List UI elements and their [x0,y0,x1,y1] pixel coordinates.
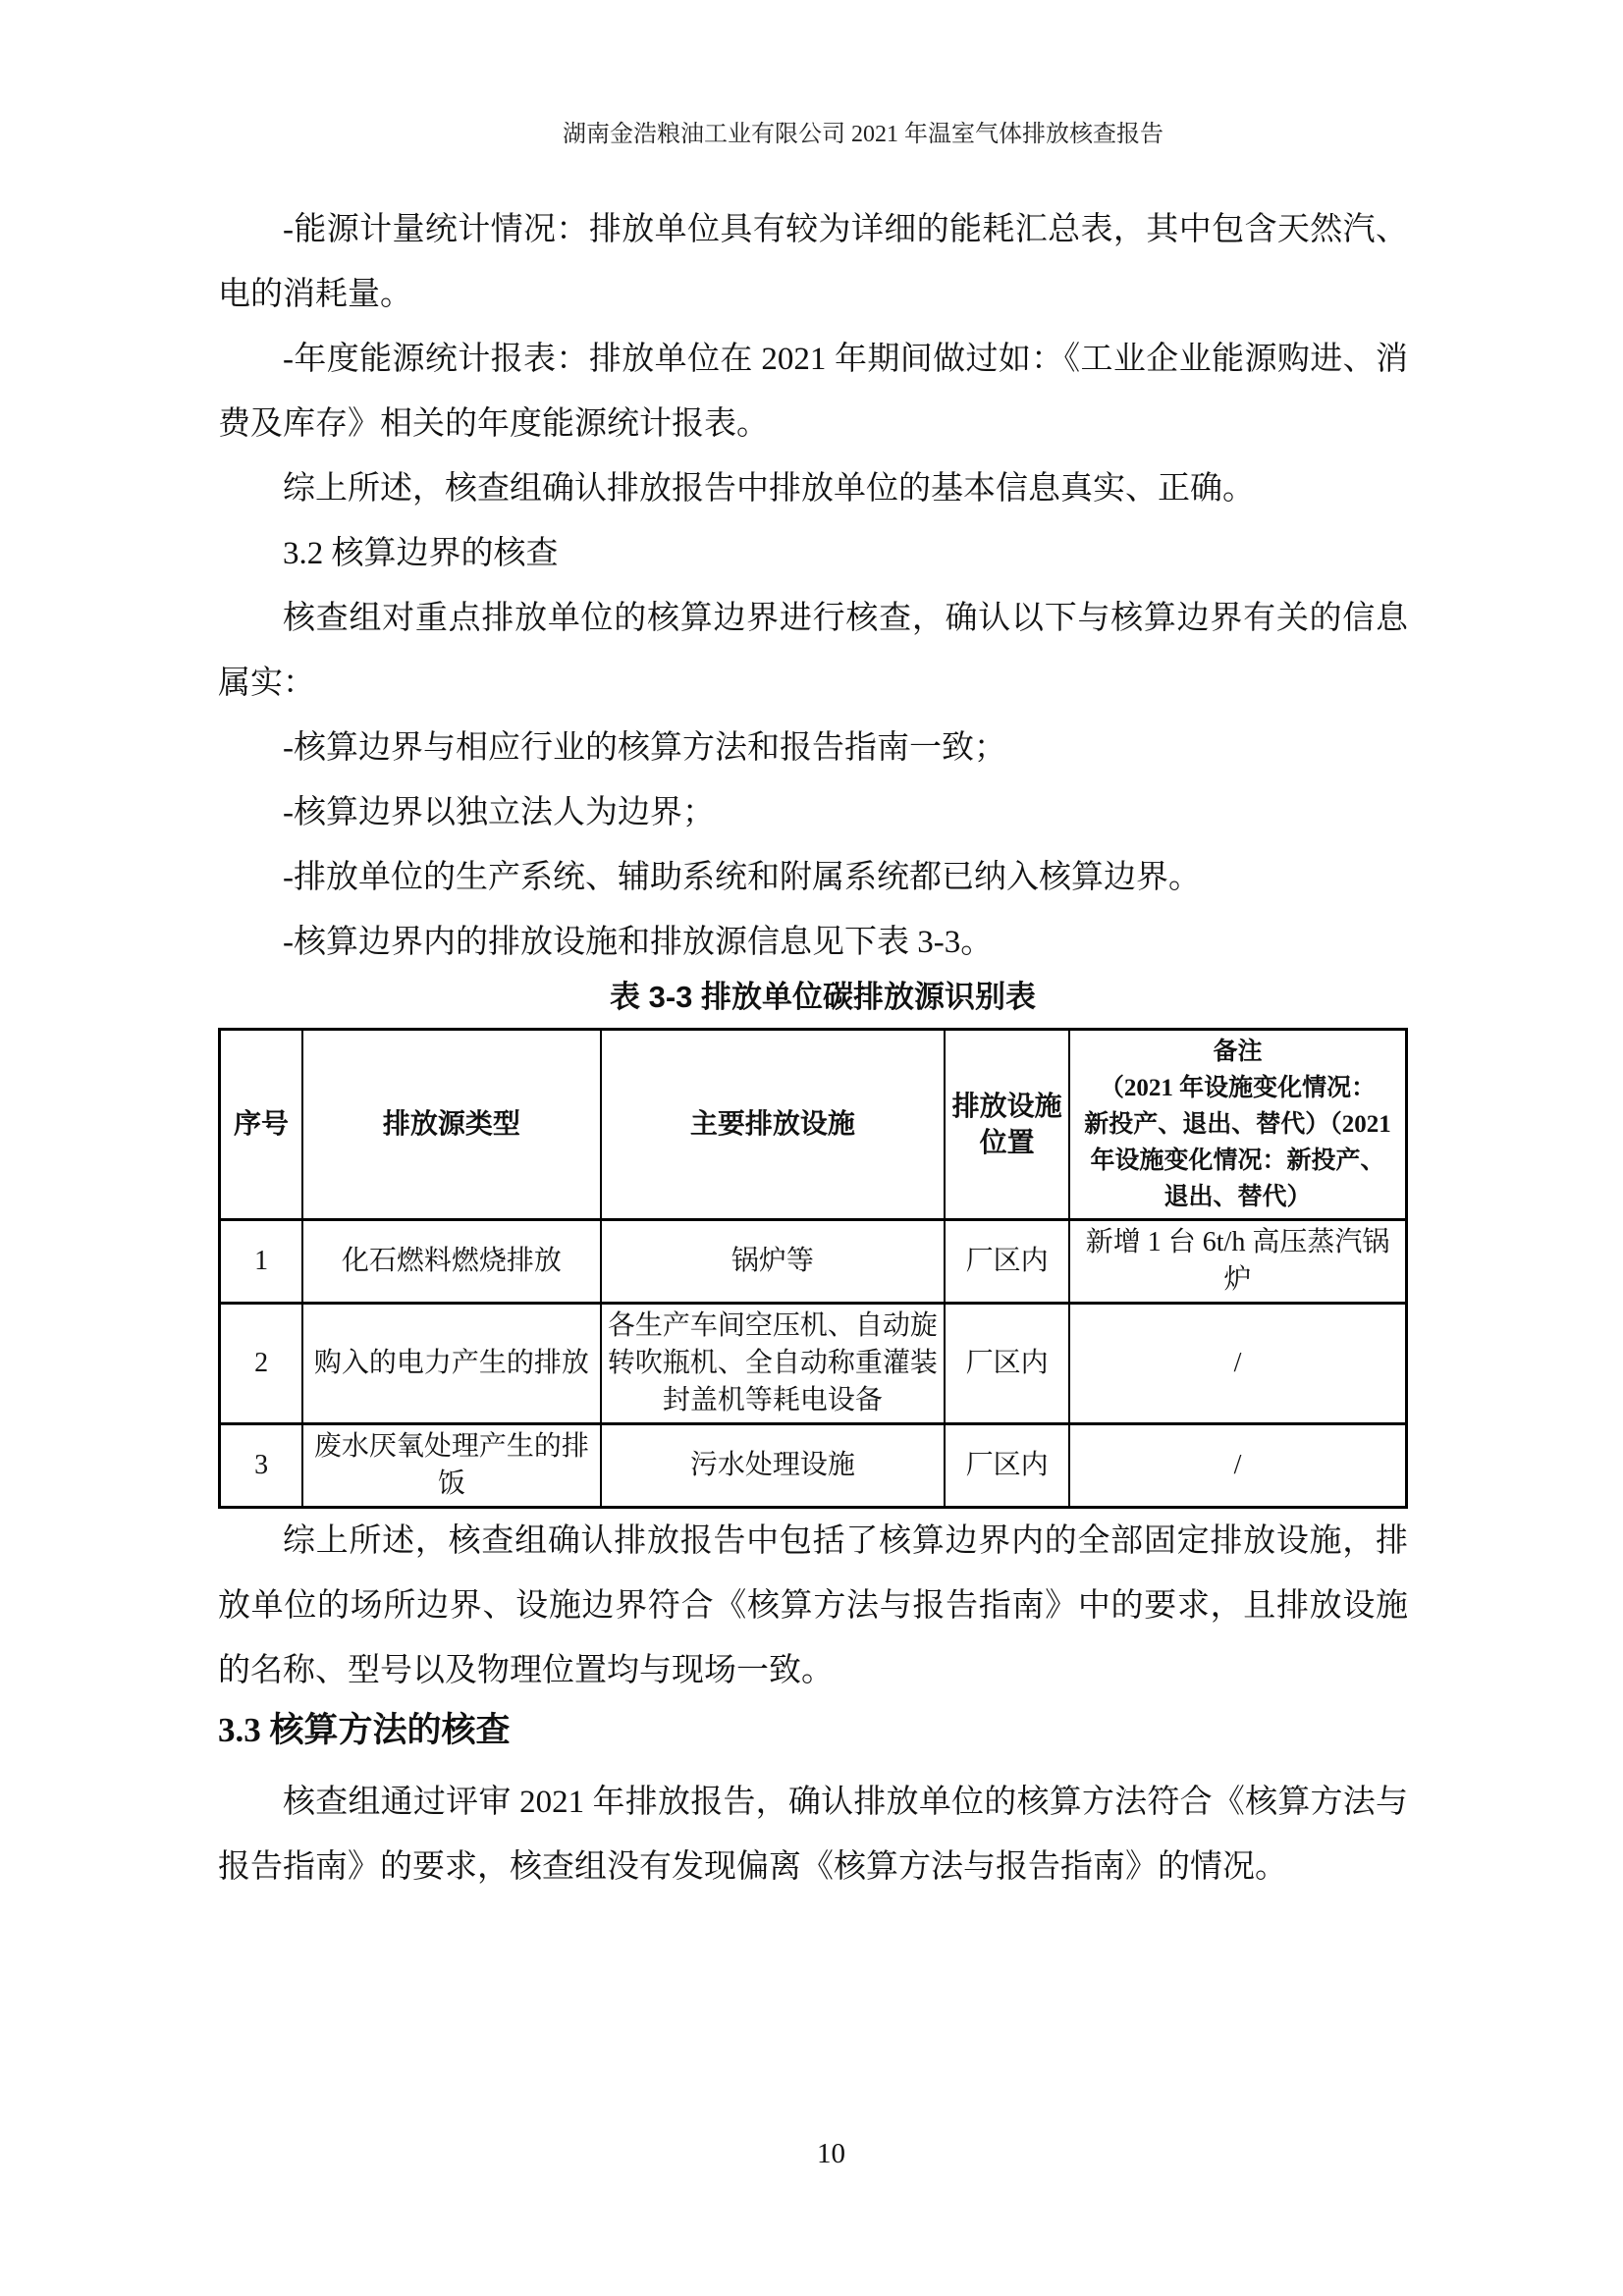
cell-remark: / [1069,1304,1406,1424]
cell-location: 厂区内 [945,1424,1069,1508]
bullet-table-reference: -核算边界内的排放设施和排放源信息见下表 3-3。 [218,910,1408,975]
document-header-title: 湖南金浩粮油工业有限公司 2021 年温室气体排放核查报告 [0,116,1623,153]
column-header-location: 排放设施 位置 [945,1030,1069,1220]
section-heading-3-3: 3.3 核算方法的核查 [218,1703,1408,1758]
column-header-remark: 备注 （2021 年设施变化情况： 新投产、退出、替代）（2021 年设施变化情… [1069,1030,1406,1220]
table-row-2: 2 购入的电力产生的排放 各生产车间空压机、自动旋 转吹瓶机、全自动称重灌装 封… [220,1304,1407,1424]
paragraph-basic-info-conclusion: 综上所述，核查组确认排放报告中排放单位的基本信息真实、正确。 [218,456,1408,521]
column-header-index: 序号 [220,1030,303,1220]
emission-source-table: 序号 排放源类型 主要排放设施 排放设施 位置 备注 （2021 年设施变化情况… [218,1028,1408,1509]
bullet-boundary-guideline: -核算边界与相应行业的核算方法和报告指南一致； [218,716,1408,780]
bullet-systems-included: -排放单位的生产系统、辅助系统和附属系统都已纳入核算边界。 [218,845,1408,910]
bullet-legal-entity: -核算边界以独立法人为边界； [218,780,1408,845]
emission-source-table-body: 1 化石燃料燃烧排放 锅炉等 厂区内 新增 1 台 6t/h 高压蒸汽锅 炉 2… [220,1220,1407,1508]
document-body: -能源计量统计情况：排放单位具有较为详细的能耗汇总表，其中包含天然汽、电的消耗量… [218,153,1408,1899]
column-header-facilities: 主要排放设施 [601,1030,946,1220]
cell-facilities: 各生产车间空压机、自动旋 转吹瓶机、全自动称重灌装 封盖机等耗电设备 [601,1304,946,1424]
paragraph-boundary-conclusion: 综上所述，核查组确认排放报告中包括了核算边界内的全部固定排放设施，排放单位的场所… [218,1509,1408,1703]
cell-facilities: 锅炉等 [601,1220,946,1304]
cell-location: 厂区内 [945,1220,1069,1304]
section-heading-3-2: 3.2 核算边界的核查 [218,521,1408,586]
cell-remark: / [1069,1424,1406,1508]
emission-source-table-header: 序号 排放源类型 主要排放设施 排放设施 位置 备注 （2021 年设施变化情况… [220,1030,1407,1220]
table-row-1: 1 化石燃料燃烧排放 锅炉等 厂区内 新增 1 台 6t/h 高压蒸汽锅 炉 [220,1220,1407,1304]
cell-index: 2 [220,1304,303,1424]
table-row-3: 3 废水厌氧处理产生的排 饭 污水处理设施 厂区内 / [220,1424,1407,1508]
paragraph-annual-energy-report: -年度能源统计报表：排放单位在 2021 年期间做过如：《工业企业能源购进、消费… [218,327,1408,456]
cell-location: 厂区内 [945,1304,1069,1424]
paragraph-method-conclusion: 核查组通过评审 2021 年排放报告，确认排放单位的核算方法符合《核算方法与报告… [218,1770,1408,1899]
cell-source-type: 化石燃料燃烧排放 [302,1220,600,1304]
table-caption: 表 3-3 排放单位碳排放源识别表 [218,975,1408,1020]
page-number: 10 [0,2138,1623,2170]
cell-index: 3 [220,1424,303,1508]
column-header-source-type: 排放源类型 [302,1030,600,1220]
paragraph-boundary-intro: 核查组对重点排放单位的核算边界进行核查，确认以下与核算边界有关的信息属实： [218,586,1408,716]
cell-source-type: 购入的电力产生的排放 [302,1304,600,1424]
cell-remark: 新增 1 台 6t/h 高压蒸汽锅 炉 [1069,1220,1406,1304]
cell-source-type: 废水厌氧处理产生的排 饭 [302,1424,600,1508]
paragraph-energy-metering: -能源计量统计情况：排放单位具有较为详细的能耗汇总表，其中包含天然汽、电的消耗量… [218,197,1408,327]
cell-index: 1 [220,1220,303,1304]
cell-facilities: 污水处理设施 [601,1424,946,1508]
table-header-row: 序号 排放源类型 主要排放设施 排放设施 位置 备注 （2021 年设施变化情况… [220,1030,1407,1220]
